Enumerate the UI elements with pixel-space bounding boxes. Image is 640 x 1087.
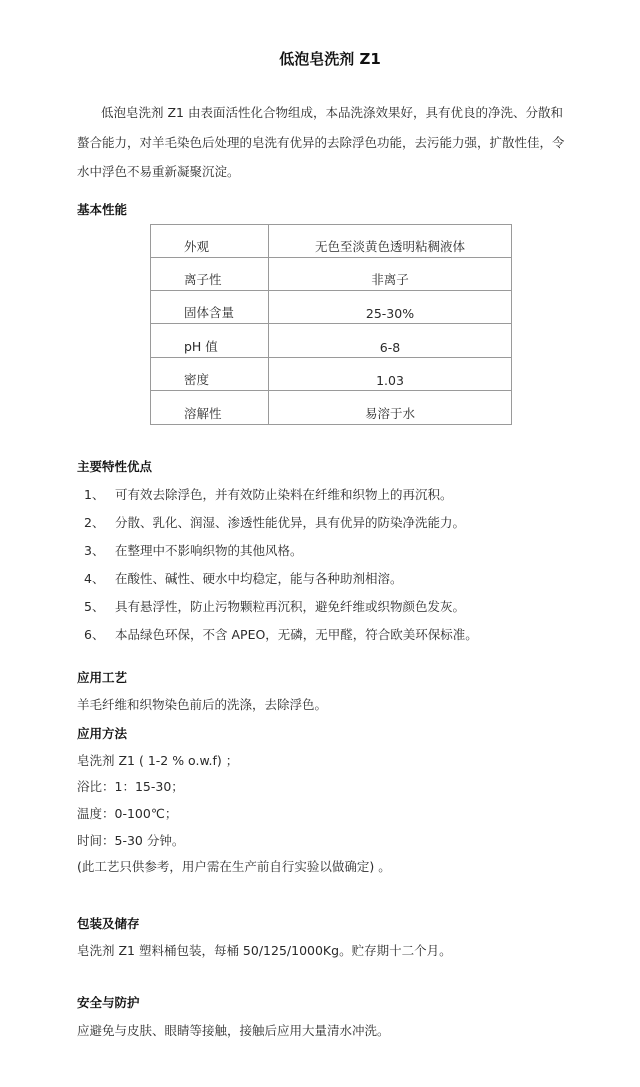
method-line-temperature: 温度：0-100℃； xyxy=(77,804,177,822)
method-heading: 应用方法 xyxy=(77,724,127,742)
feature-text: 在酸性、碱性、硬水中均稳定，能与各种助剂相溶。 xyxy=(115,569,403,587)
table-row: 离子性 非离子 xyxy=(151,258,512,291)
feature-number: 4、 xyxy=(84,569,104,587)
feature-text: 可有效去除浮色，并有效防止染料在纤维和织物上的再沉积。 xyxy=(115,485,453,503)
feature-text: 在整理中不影响织物的其他风格。 xyxy=(115,541,303,559)
property-value: 6-8 xyxy=(269,324,512,358)
application-heading: 应用工艺 xyxy=(77,668,127,686)
property-key: pH 值 xyxy=(151,324,269,358)
feature-number: 5、 xyxy=(84,597,104,615)
property-value: 无色至淡黄色透明粘稠液体 xyxy=(269,225,512,258)
property-key: 离子性 xyxy=(151,258,269,291)
safety-text: 应避免与皮肤、眼睛等接触，接触后应用大量清水冲洗。 xyxy=(77,1021,390,1039)
intro-line-2: 螯合能力，对羊毛染色后处理的皂洗有优异的去除浮色功能，去污能力强，扩散性佳，令 xyxy=(77,134,565,152)
feature-text: 具有悬浮性，防止污物颗粒再沉积，避免纤维或织物颜色发灰。 xyxy=(115,597,465,615)
page-title: 低泡皂洗剂 Z1 xyxy=(0,48,640,69)
safety-heading: 安全与防护 xyxy=(77,993,140,1011)
intro-line-3: 水中浮色不易重新凝聚沉淀。 xyxy=(77,163,240,181)
method-note: (此工艺只供参考，用户需在生产前自行实验以做确定) 。 xyxy=(77,857,391,875)
packaging-heading: 包装及储存 xyxy=(77,914,140,932)
property-value: 非离子 xyxy=(269,258,512,291)
feature-number: 2、 xyxy=(84,513,104,531)
method-line-time: 时间：5-30 分钟。 xyxy=(77,831,184,849)
property-value: 1.03 xyxy=(269,358,512,391)
properties-table: 外观 无色至淡黄色透明粘稠液体 离子性 非离子 固体含量 25-30% pH 值… xyxy=(150,224,512,425)
property-key: 溶解性 xyxy=(151,391,269,425)
feature-text: 本品绿色环保，不含 APEO，无磷，无甲醛，符合欧美环保标准。 xyxy=(115,625,478,643)
feature-number: 1、 xyxy=(84,485,104,503)
packaging-text: 皂洗剂 Z1 塑料桶包装，每桶 50/125/1000Kg。贮存期十二个月。 xyxy=(77,941,452,959)
method-line-dosage: 皂洗剂 Z1 ( 1-2 % o.w.f) ； xyxy=(77,751,238,769)
property-key: 外观 xyxy=(151,225,269,258)
property-value: 易溶于水 xyxy=(269,391,512,425)
feature-number: 6、 xyxy=(84,625,104,643)
method-line-ratio: 浴比：1：15-30； xyxy=(77,777,184,795)
property-key: 固体含量 xyxy=(151,291,269,324)
table-row: 外观 无色至淡黄色透明粘稠液体 xyxy=(151,225,512,258)
intro-line-1: 低泡皂洗剂 Z1 由表面活性化合物组成，本品洗涤效果好，具有优良的净洗、分散和 xyxy=(101,104,563,122)
table-row: 密度 1.03 xyxy=(151,358,512,391)
property-key: 密度 xyxy=(151,358,269,391)
property-value: 25-30% xyxy=(269,291,512,324)
table-row: 固体含量 25-30% xyxy=(151,291,512,324)
feature-text: 分散、乳化、润湿、渗透性能优异，具有优异的防染净洗能力。 xyxy=(115,513,465,531)
application-text: 羊毛纤维和织物染色前后的洗涤，去除浮色。 xyxy=(77,695,327,713)
table-row: pH 值 6-8 xyxy=(151,324,512,358)
properties-heading: 基本性能 xyxy=(77,200,127,218)
feature-number: 3、 xyxy=(84,541,104,559)
table-row: 溶解性 易溶于水 xyxy=(151,391,512,425)
features-heading: 主要特性优点 xyxy=(77,457,152,475)
